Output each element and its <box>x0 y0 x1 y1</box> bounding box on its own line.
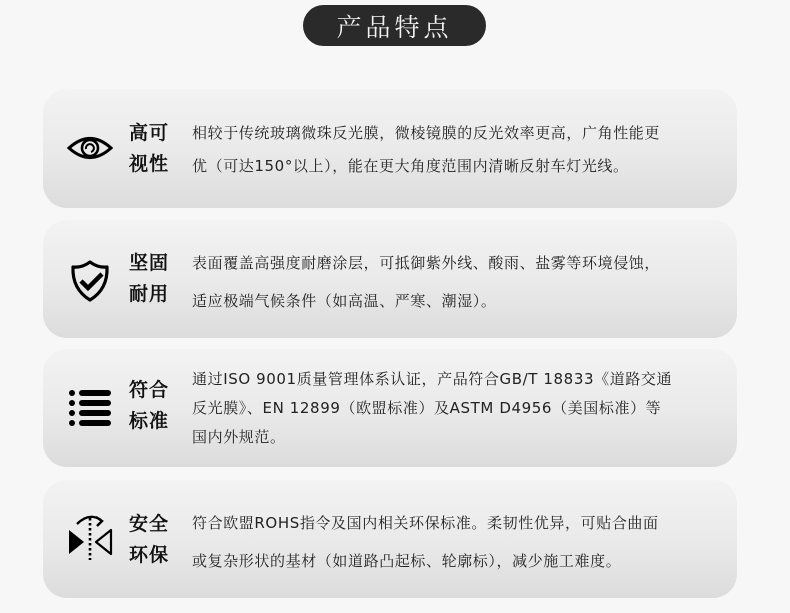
feature-card-standards: 符合 标准 通过ISO 9001质量管理体系认证，产品符合GB/T 18833《… <box>43 349 737 467</box>
feature-card-eco-safety: 安全 环保 符合欧盟ROHS指令及国内相关环保标准。柔韧性优异，可贴合曲面 或复… <box>43 480 737 598</box>
feature-heading: 符合 标准 <box>129 375 177 437</box>
feature-card-durability: 坚固 耐用 表面覆盖高强度耐磨涂层，可抵御紫外线、酸雨、盐雾等环境侵蚀， 适应极… <box>43 220 737 338</box>
section-title: 产品特点 <box>303 5 486 46</box>
feature-description: 相较于传统玻璃微珠反光膜，微棱镜膜的反光效率更高，广角性能更 优（可达150°以… <box>192 117 732 183</box>
feature-heading: 坚固 耐用 <box>129 248 177 310</box>
eye-icon <box>67 125 113 171</box>
feature-description: 表面覆盖高强度耐磨涂层，可抵御紫外线、酸雨、盐雾等环境侵蚀， 适应极端气候条件（… <box>192 244 732 320</box>
feature-heading: 安全 环保 <box>129 509 177 571</box>
feature-description: 符合欧盟ROHS指令及国内相关环保标准。柔韧性优异，可贴合曲面 或复杂形状的基材… <box>192 504 732 580</box>
feature-card-visibility: 高可 视性 相较于传统玻璃微珠反光膜，微棱镜膜的反光效率更高，广角性能更 优（可… <box>43 89 737 208</box>
feature-heading: 高可 视性 <box>129 118 177 180</box>
flip-mirror-icon <box>67 512 113 562</box>
list-icon <box>67 385 113 431</box>
feature-description: 通过ISO 9001质量管理体系认证，产品符合GB/T 18833《道路交通 反… <box>192 365 732 452</box>
shield-check-icon <box>67 258 113 304</box>
